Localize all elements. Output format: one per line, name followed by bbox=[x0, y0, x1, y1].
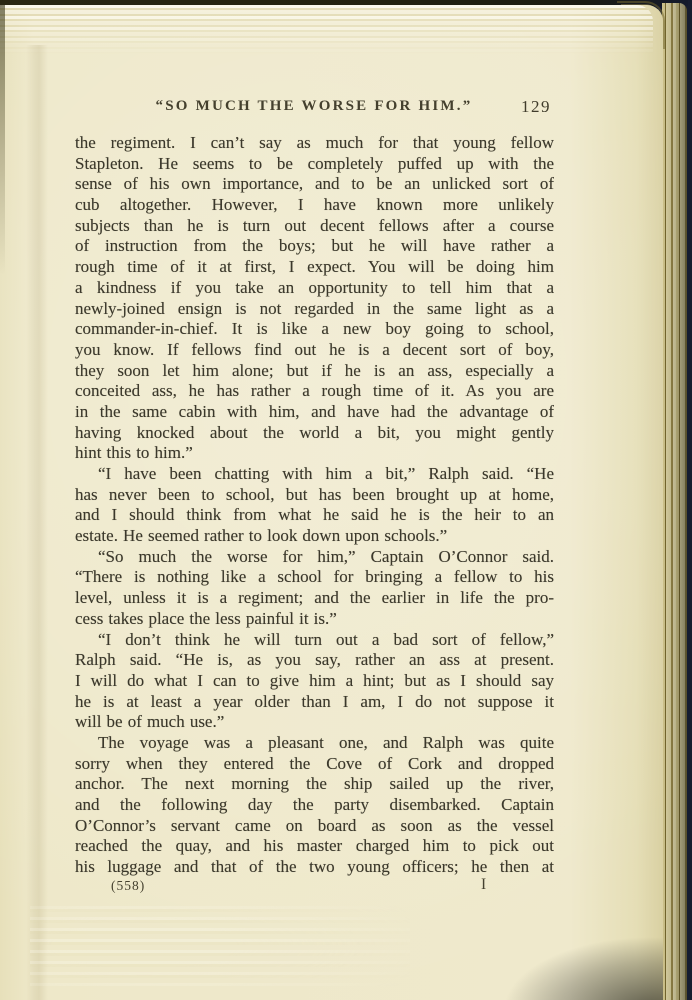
text-line: subjects than he is turn out decent fell… bbox=[75, 216, 554, 237]
text-line: of instruction from the boys; but he wil… bbox=[75, 236, 554, 257]
paragraph: “I have been chatting with him a bit,” R… bbox=[75, 464, 554, 547]
page-number: 129 bbox=[521, 97, 551, 117]
text-line: and the following day the party disembar… bbox=[75, 795, 554, 816]
bottom-page-edge-streaks bbox=[30, 906, 410, 986]
text-line: sorry when they entered the Cove of Cork… bbox=[75, 754, 554, 775]
text-line: they soon let him alone; but if he is an… bbox=[75, 361, 554, 382]
text-line: Stapleton. He seems to be completely puf… bbox=[75, 154, 554, 175]
text-line: hint this to him.” bbox=[75, 443, 554, 464]
text-line: reached the quay, and his master charged… bbox=[75, 836, 554, 857]
text-line: I will do what I can to give him a hint;… bbox=[75, 671, 554, 692]
body-text: the regiment. I can’t say as much for th… bbox=[75, 133, 554, 878]
text-line: estate. He seemed rather to look down up… bbox=[75, 526, 554, 547]
text-line: his luggage and that of the two young of… bbox=[75, 857, 554, 878]
paragraph: the regiment. I can’t say as much for th… bbox=[75, 133, 554, 464]
text-line: has never been to school, but has been b… bbox=[75, 485, 554, 506]
text-line: rough time of it at first, I expect. You… bbox=[75, 257, 554, 278]
page-sheet: “SO MUCH THE WORSE FOR HIM.” 129 the reg… bbox=[0, 5, 663, 1000]
text-line: you know. If fellows find out he is a de… bbox=[75, 340, 554, 361]
paragraph: “I don’t think he will turn out a bad so… bbox=[75, 630, 554, 733]
text-line: conceited ass, he has rather a rough tim… bbox=[75, 381, 554, 402]
text-line: in the same cabin with him, and have had… bbox=[75, 402, 554, 423]
page-footer: (558) I bbox=[75, 876, 554, 898]
bottom-right-shadow bbox=[363, 930, 663, 1000]
page-edge-stripes bbox=[662, 3, 687, 1000]
text-line: cess takes place the less painful it is.… bbox=[75, 609, 554, 630]
signature-mark: I bbox=[481, 876, 486, 894]
text-line: Ralph said. “He is, as you say, rather a… bbox=[75, 650, 554, 671]
text-line: commander-in-chief. It is like a new boy… bbox=[75, 319, 554, 340]
text-line: newly-joined ensign is not regarded in t… bbox=[75, 299, 554, 320]
text-line: the regiment. I can’t say as much for th… bbox=[75, 133, 554, 154]
text-line: and I should think from what he said he … bbox=[75, 505, 554, 526]
text-line: O’Connor’s servant came on board as soon… bbox=[75, 816, 554, 837]
text-line: “There is nothing like a school for brin… bbox=[75, 567, 554, 588]
printers-mark: (558) bbox=[111, 878, 145, 894]
text-line: anchor. The next morning the ship sailed… bbox=[75, 774, 554, 795]
text-line: “I have been chatting with him a bit,” R… bbox=[75, 464, 554, 485]
text-line: he is at least a year older than I am, I… bbox=[75, 692, 554, 713]
left-crease-shadow bbox=[0, 45, 60, 1000]
running-header: “SO MUCH THE WORSE FOR HIM.” 129 bbox=[75, 97, 553, 119]
paragraph: “So much the worse for him,” Captain O’C… bbox=[75, 547, 554, 630]
paragraph: The voyage was a pleasant one, and Ralph… bbox=[75, 733, 554, 878]
top-page-edge-streaks bbox=[0, 5, 653, 57]
scanned-book-page: “SO MUCH THE WORSE FOR HIM.” 129 the reg… bbox=[0, 0, 692, 1000]
text-line: level, unless it is a regiment; and the … bbox=[75, 588, 554, 609]
text-line: sense of his own importance, and to be a… bbox=[75, 174, 554, 195]
text-line: having knocked about the world a bit, yo… bbox=[75, 423, 554, 444]
text-line: “So much the worse for him,” Captain O’C… bbox=[75, 547, 554, 568]
text-line: “I don’t think he will turn out a bad so… bbox=[75, 630, 554, 651]
text-line: will be of much use.” bbox=[75, 712, 554, 733]
text-line: a kindness if you take an opportunity to… bbox=[75, 278, 554, 299]
running-title: “SO MUCH THE WORSE FOR HIM.” bbox=[156, 98, 473, 115]
text-line: cub altogether. However, I have known mo… bbox=[75, 195, 554, 216]
text-line: The voyage was a pleasant one, and Ralph… bbox=[75, 733, 554, 754]
